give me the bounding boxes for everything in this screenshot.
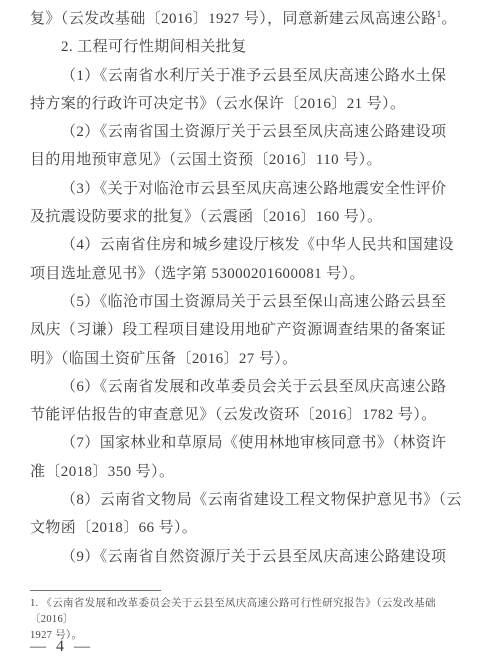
footnote-line: 1927 号）。 (30, 628, 474, 644)
opening-line-text: 复》（云发改基础〔2016〕1927 号），同意新建云凤高速公路 (30, 11, 437, 27)
text-line: 目的用地预审意见》（云国土资预〔2016〕110 号）。 (30, 146, 474, 174)
text-line: （1）《云南省水利厅关于准予云县至凤庆高速公路水土保 (30, 62, 474, 90)
text-line: 文物函〔2018〕66 号）。 (30, 514, 474, 542)
text-line: 明》（临国土资矿压备〔2016〕27 号）。 (30, 345, 474, 373)
text-line: （3）《关于对临沧市云县至凤庆高速公路地震安全性评价 (30, 175, 474, 203)
body-text: 复》（云发改基础〔2016〕1927 号），同意新建云凤高速公路1。 2. 工程… (30, 5, 474, 571)
text-line: （8）云南省文物局《云南省建设工程文物保护意见书》（云 (30, 486, 474, 514)
text-line: （5）《临沧市国土资源局关于云县至保山高速公路云县至 (30, 288, 474, 316)
text-line: 复》（云发改基础〔2016〕1927 号），同意新建云凤高速公路1。 (30, 5, 474, 33)
text-line: 节能评估报告的审查意见》（云发改资环〔2016〕1782 号）。 (30, 401, 474, 429)
text-line: 准〔2018〕350 号）。 (30, 458, 474, 486)
footnote-line: 1. 《云南省发展和改革委员会关于云县至凤庆高速公路可行性研究报告》（云发改基础… (30, 596, 474, 628)
text-line: （2）《云南省国土资源厅关于云县至凤庆高速公路建设项 (30, 118, 474, 146)
document-page: 复》（云发改基础〔2016〕1927 号），同意新建云凤高速公路1。 2. 工程… (0, 0, 500, 669)
opening-line-period: 。 (441, 11, 456, 27)
text-line: 凤庆（习谦）段工程项目建设用地矿产资源调查结果的备案证 (30, 316, 474, 344)
text-line: （7）国家林业和草原局《使用林地审核同意书》（林资许 (30, 429, 474, 457)
section-heading: 2. 工程可行性期间相关批复 (30, 33, 474, 61)
page-number: — 4 — (30, 638, 93, 656)
text-line: 及抗震设防要求的批复》（云震函〔2016〕160 号）。 (30, 203, 474, 231)
text-line: （4）云南省住房和城乡建设厅核发《中华人民共和国建设 (30, 231, 474, 259)
text-line: （6）《云南省发展和改革委员会关于云县至凤庆高速公路 (30, 373, 474, 401)
footnote-separator (30, 590, 161, 591)
text-line: 持方案的行政许可决定书》（云水保许〔2016〕21 号）。 (30, 90, 474, 118)
text-line: 项目选址意见书》（选字第 53000201600081 号）。 (30, 260, 474, 288)
footnote: 1. 《云南省发展和改革委员会关于云县至凤庆高速公路可行性研究报告》（云发改基础… (30, 590, 474, 644)
text-line: （9）《云南省自然资源厅关于云县至凤庆高速公路建设项 (30, 543, 474, 571)
